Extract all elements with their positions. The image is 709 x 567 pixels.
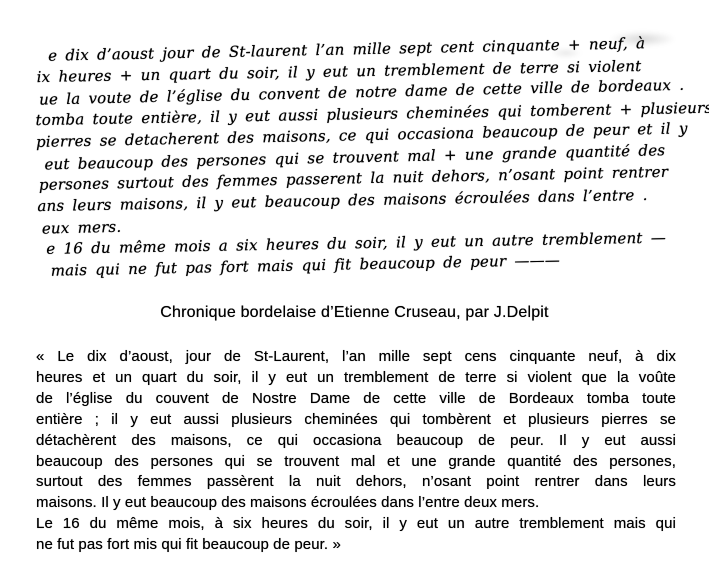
transcription-block: « Le dix d’aoust, jour de St-Laurent, l’… <box>36 347 676 556</box>
manuscript-scan: e dix d’aoust jour de St-laurent l’an mi… <box>34 32 704 282</box>
transcription-line: Le 16 du même mois, à six heures du soir… <box>36 514 676 535</box>
transcription-line: « Le dix d’aoust, jour de St-Laurent, l’… <box>36 347 676 368</box>
transcription-line: surtout des femmes passèrent la nuit deh… <box>36 472 676 493</box>
transcription-line: ne fut pas fort mis qui fit beaucoup de … <box>36 535 676 556</box>
transcription-line: détachèrent des maisons, ce qui occasion… <box>36 431 676 452</box>
transcription-line: beaucoup des persones qui se trouvent ma… <box>36 452 676 473</box>
transcription-line: maisons. Il y eut beaucoup des maisons é… <box>36 493 676 514</box>
transcription-line: entière ; il y eut aussi plusieurs chemi… <box>36 410 676 431</box>
document-page: e dix d’aoust jour de St-laurent l’an mi… <box>0 0 709 567</box>
transcription-line: de l’église du couvent de Nostre Dame de… <box>36 389 676 410</box>
figure-caption: Chronique bordelaise d’Etienne Cruseau, … <box>0 304 709 322</box>
transcription-line: heures et un quart du soir, il y eut un … <box>36 368 676 389</box>
